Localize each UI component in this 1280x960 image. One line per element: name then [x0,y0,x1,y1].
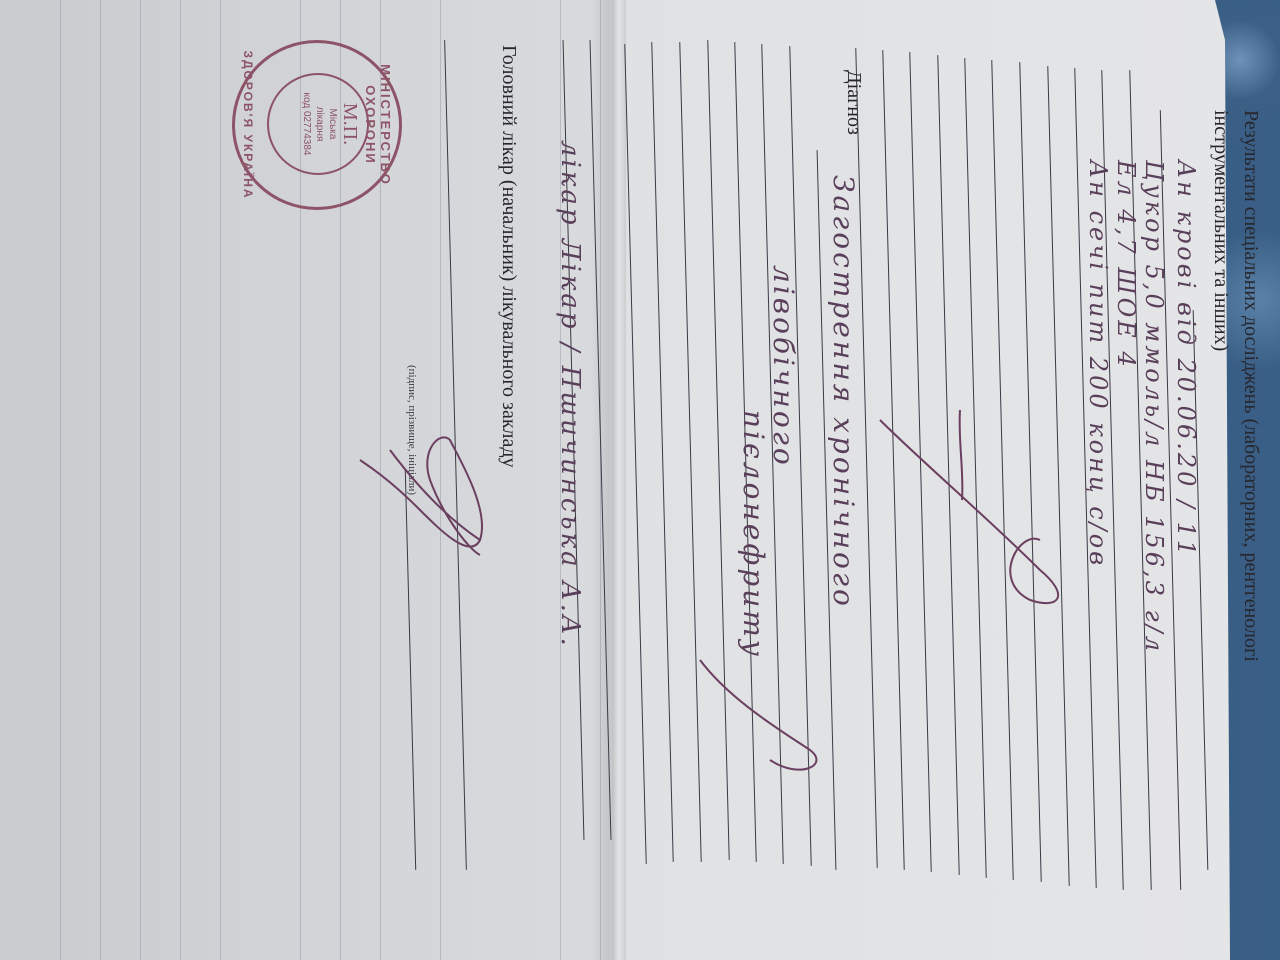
stamp-outer-bottom: ЗДОРОВ'Я УКРАЇНА [241,43,255,207]
official-stamp: МІНІСТЕРСТВО ОХОРОНИ ЗДОРОВ'Я УКРАЇНА М.… [232,40,402,210]
stamp-center-line: Міська [326,77,339,171]
page-fold [612,0,626,960]
results-line: Ан сечі пит 200 конц с/ов [1084,160,1112,568]
diagnosis-line: пієлонефриту [737,410,770,659]
results-section-label-line2: інструментальних та інших) [1209,110,1232,351]
results-line: Цукор 5,0 ммоль/л НБ 156,3 г/л [1140,160,1168,654]
diagnosis-line: лівобічного [767,265,800,468]
results-section-label: Результати спеціальних досліджень (лабор… [1239,110,1262,662]
stamp-center-line: лікарня [313,77,326,171]
diagnosis-label: Діагноз [842,70,865,135]
stamp-mp-mark: М.П. [339,77,361,171]
stamp-center: М.П. Міська лікарня код 02774384 [300,77,361,171]
doctor-signature-text: лікар Лікар / Пшичинська А.А. [555,140,585,649]
head-doctor-signature [350,420,490,570]
doctor-signature-scribble [840,400,1080,660]
head-doctor-label: Головний лікар (начальник) лікувального … [497,45,520,468]
stamp-center-line: код 02774384 [300,77,313,171]
results-line: Ан крові від 20.06.20 / 11 [1172,160,1200,558]
results-line: Ел 4,7 ШОЕ 4 [1112,160,1140,370]
diagnosis-scribble [690,650,850,790]
